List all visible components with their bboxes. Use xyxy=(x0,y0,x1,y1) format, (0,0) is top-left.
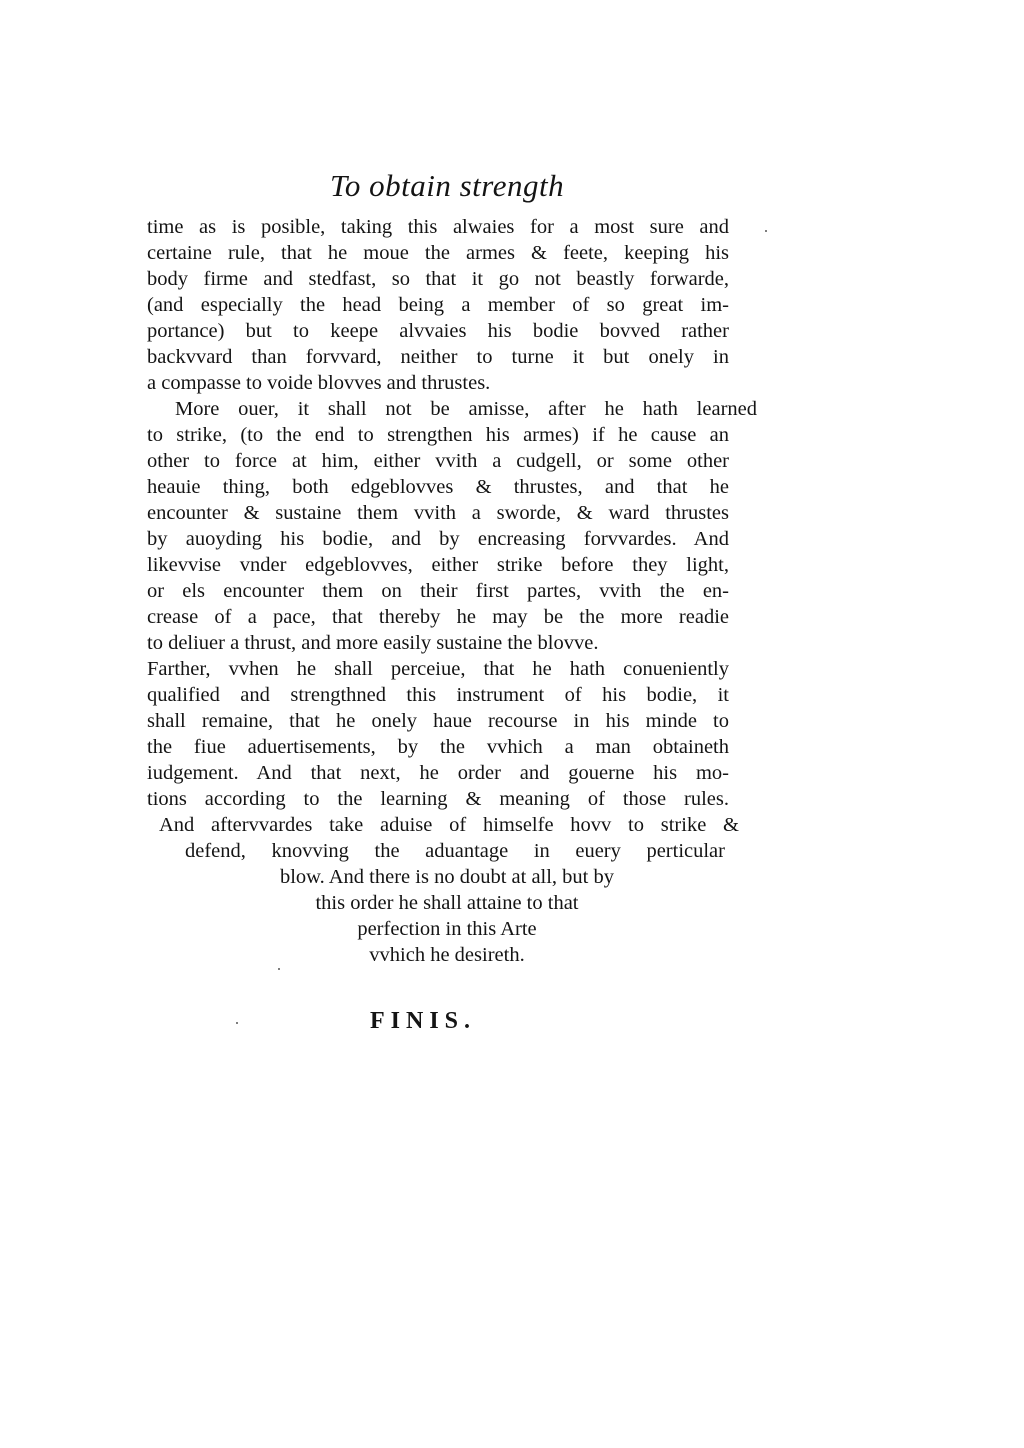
running-head: To obtain strength xyxy=(330,168,564,204)
text-line: And aftervvardes take aduise of himselfe… xyxy=(159,812,739,838)
text-line: or els encounter them on their first par… xyxy=(147,578,729,604)
text-line: qualified and strengthned this instrumen… xyxy=(147,682,729,708)
body-text: time as is posible, taking this alwaies … xyxy=(147,214,737,968)
text-line: backvvard than forvvard, neither to turn… xyxy=(147,344,729,370)
text-line: heauie thing, both edgeblovves & thruste… xyxy=(147,474,729,500)
text-line: to deliuer a thrust, and more easily sus… xyxy=(147,630,729,656)
paragraph-start-line: More ouer, it shall not be amisse, after… xyxy=(147,396,757,422)
text-line: (and especially the head being a member … xyxy=(147,292,729,318)
text-line: iudgement. And that next, he order and g… xyxy=(147,760,729,786)
text-line: blow. And there is no doubt at all, but … xyxy=(217,864,677,890)
text-line: vvhich he desireth. xyxy=(297,942,597,968)
scan-speck xyxy=(236,1022,238,1024)
text-line: the fiue aduertisements, by the vvhich a… xyxy=(147,734,729,760)
book-page: To obtain strength time as is posible, t… xyxy=(0,0,1024,1448)
text-line: encounter & sustaine them vvith a sworde… xyxy=(147,500,729,526)
scan-speck xyxy=(765,230,767,232)
text-line: tions according to the learning & meanin… xyxy=(147,786,729,812)
text-line: defend, knovving the aduantage in euery … xyxy=(185,838,725,864)
text-line: body firme and stedfast, so that it go n… xyxy=(147,266,729,292)
text-line: shall remaine, that he onely haue recour… xyxy=(147,708,729,734)
text-line: perfection in this Arte xyxy=(267,916,627,942)
text-line: to strike, (to the end to strengthen his… xyxy=(147,422,729,448)
scan-speck xyxy=(278,968,280,970)
text-line: by auoyding his bodie, and by encreasing… xyxy=(147,526,729,552)
finis-mark: FINIS. xyxy=(370,1008,476,1035)
text-line: this order he shall attaine to that xyxy=(227,890,667,916)
text-line: portance) but to keepe alvvaies his bodi… xyxy=(147,318,729,344)
text-line: likevvise vnder edgeblovves, either stri… xyxy=(147,552,729,578)
text-line: time as is posible, taking this alwaies … xyxy=(147,214,729,240)
text-line: a compasse to voide blovves and thrustes… xyxy=(147,370,729,396)
text-line: certaine rule, that he moue the armes & … xyxy=(147,240,729,266)
paragraph-start-line: Farther, vvhen he shall perceiue, that h… xyxy=(147,656,729,682)
text-line: crease of a pace, that thereby he may be… xyxy=(147,604,729,630)
text-line: other to force at him, either vvith a cu… xyxy=(147,448,729,474)
